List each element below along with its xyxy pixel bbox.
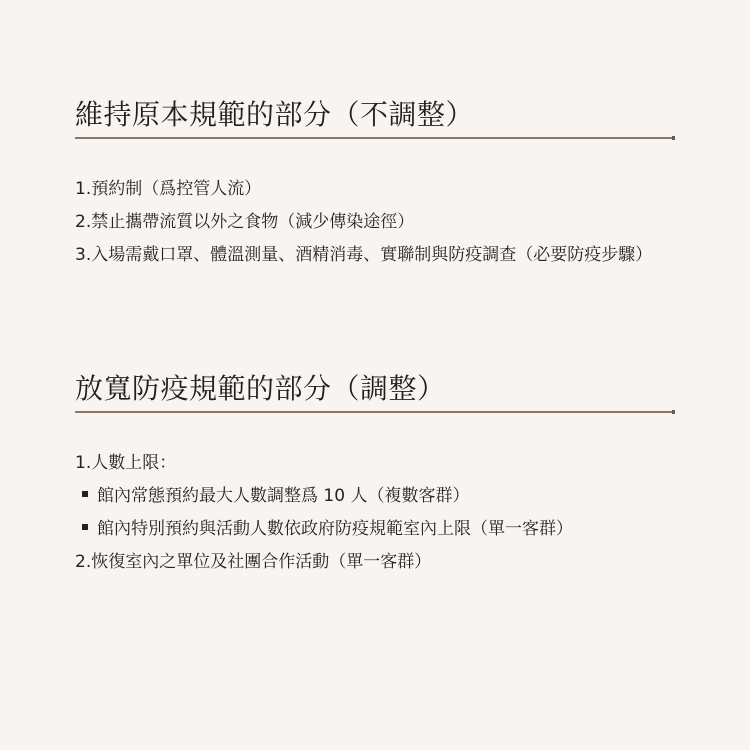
sub-item-text: 館內常態預約最大人數調整爲 10 人（複數客群） bbox=[97, 486, 469, 506]
list-item: 2.禁止攜帶流質以外之食物（減少傳染途徑） bbox=[75, 206, 675, 239]
list-item: 1.人數上限： bbox=[75, 447, 675, 480]
square-bullet-icon bbox=[82, 524, 88, 530]
section-title: 維持原本規範的部分（不調整） bbox=[75, 97, 675, 133]
section-divider bbox=[75, 137, 673, 139]
sub-list-item: 館內常態預約最大人數調整爲 10 人（複數客群） bbox=[75, 480, 675, 513]
section-title: 放寬防疫規範的部分（調整） bbox=[75, 371, 675, 407]
section-divider bbox=[75, 411, 673, 413]
sub-list-item: 館內特別預約與活動人數依政府防疫規範室內上限（單一客群） bbox=[75, 513, 675, 546]
rules-list: 1.人數上限： 館內常態預約最大人數調整爲 10 人（複數客群） 館內特別預約與… bbox=[75, 447, 675, 579]
section-relaxed-rules: 放寬防疫規範的部分（調整） 1.人數上限： 館內常態預約最大人數調整爲 10 人… bbox=[75, 371, 675, 579]
list-item: 3.入場需戴口罩、體溫測量、酒精消毒、實聯制與防疫調查（必要防疫步驟） bbox=[75, 239, 675, 272]
list-item: 2.恢復室內之單位及社團合作活動（單一客群） bbox=[75, 546, 675, 579]
rules-list: 1.預約制（爲控管人流） 2.禁止攜帶流質以外之食物（減少傳染途徑） 3.入場需… bbox=[75, 173, 675, 272]
section-maintained-rules: 維持原本規範的部分（不調整） 1.預約制（爲控管人流） 2.禁止攜帶流質以外之食… bbox=[75, 97, 675, 272]
square-bullet-icon bbox=[82, 491, 88, 497]
sub-item-text: 館內特別預約與活動人數依政府防疫規範室內上限（單一客群） bbox=[97, 519, 573, 539]
list-item: 1.預約制（爲控管人流） bbox=[75, 173, 675, 206]
